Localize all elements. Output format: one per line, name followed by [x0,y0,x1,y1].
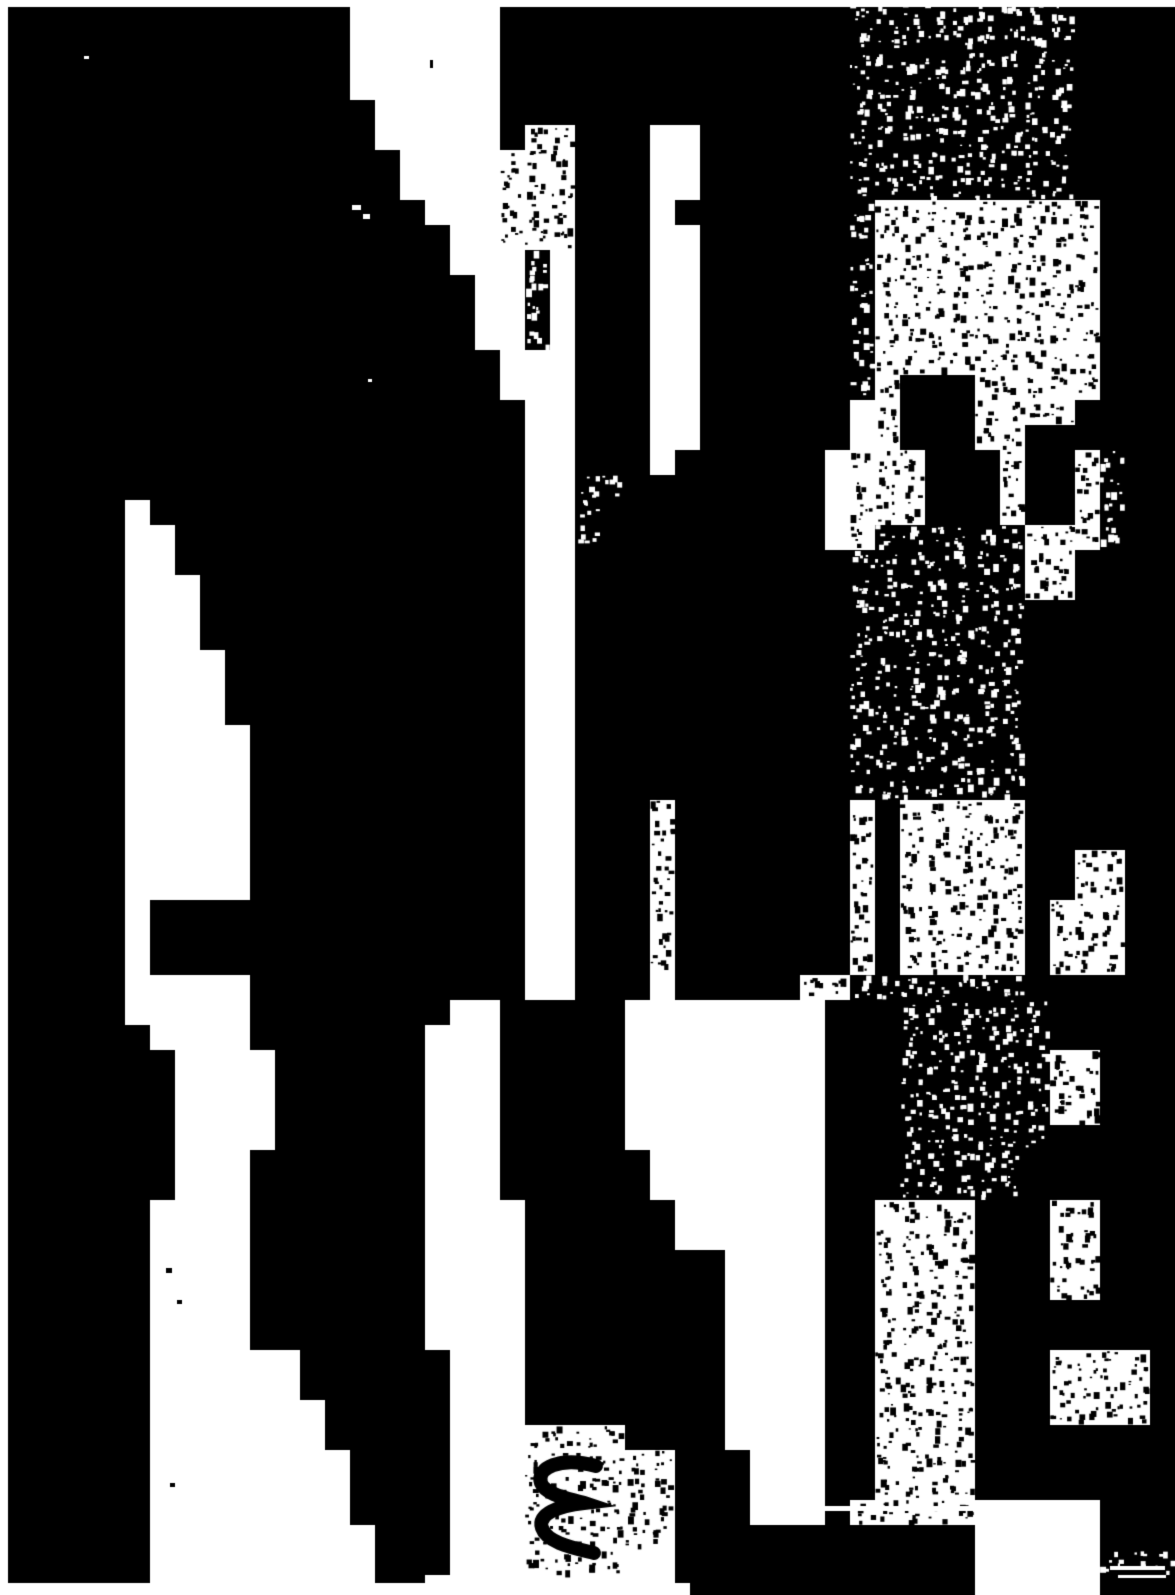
photo-canvas [0,0,1175,1595]
binarized-photo-figure: A 1-bit thresholded black-and-white phot… [0,0,1175,1595]
